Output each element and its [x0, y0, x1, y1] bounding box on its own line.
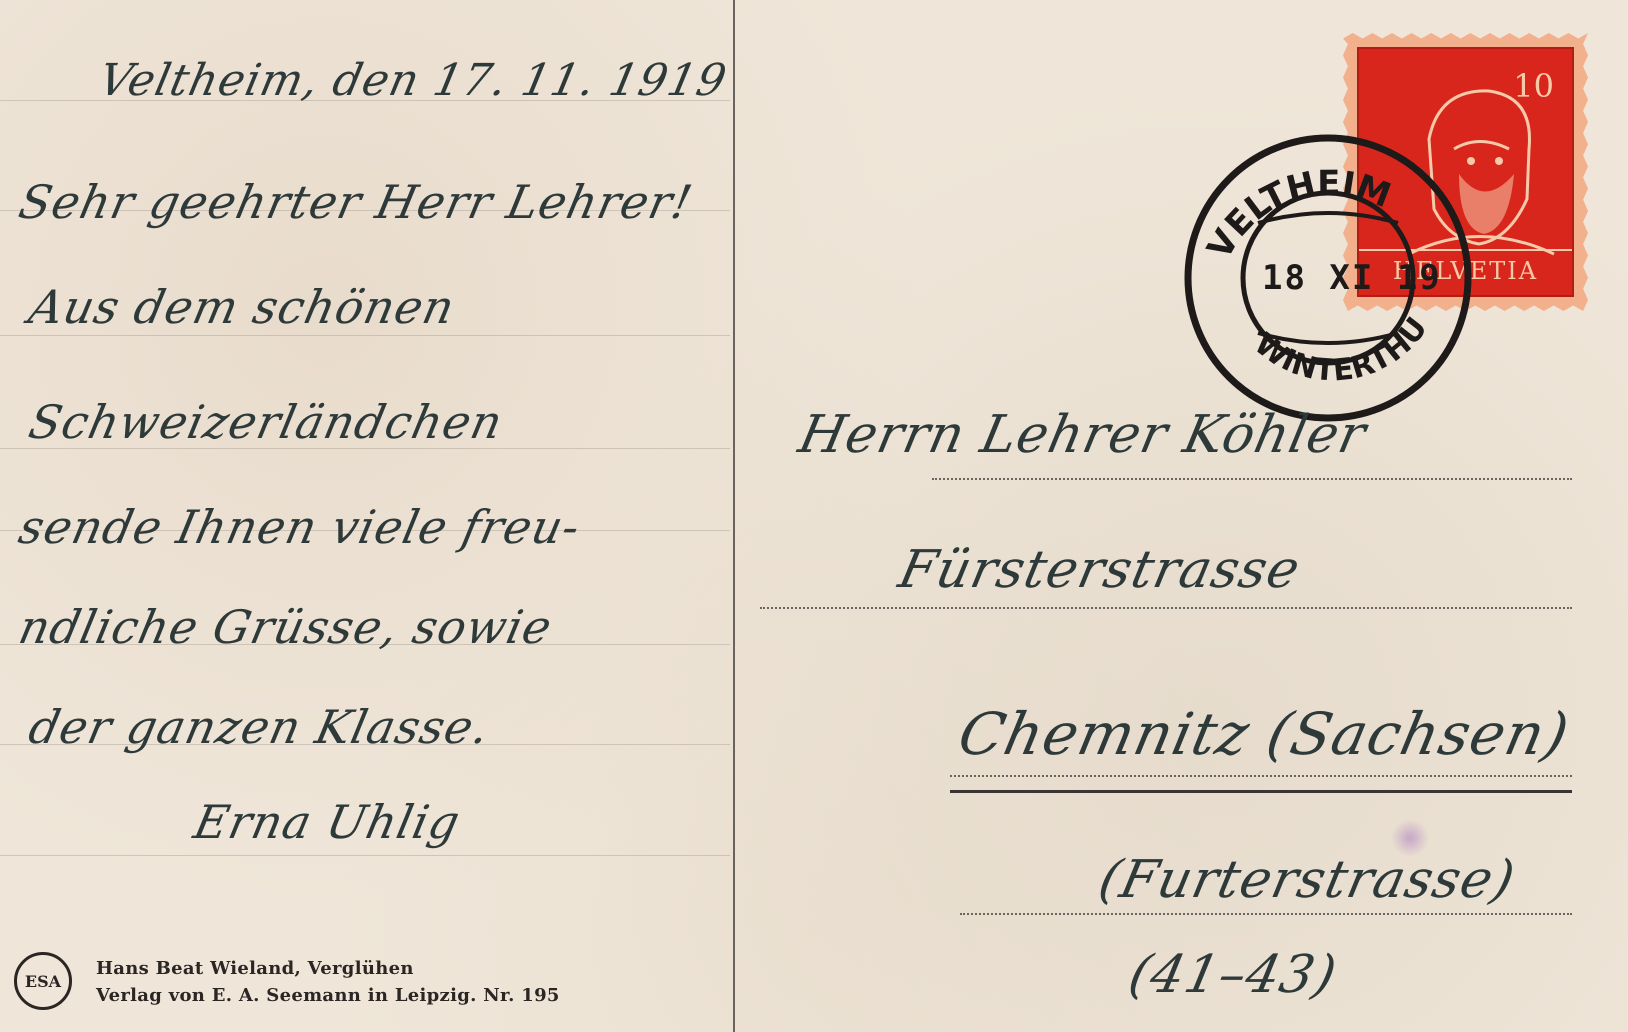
postcard-back: Veltheim, den 17. 11. 1919 Sehr geehrter…: [0, 0, 1628, 1032]
address-rule-solid: [950, 790, 1572, 793]
address-rule-2: [760, 607, 1572, 609]
signature: Erna Uhlig: [189, 795, 465, 849]
message-line-2: Aus dem schönen: [24, 280, 460, 334]
address-house-number: (41–43): [1124, 945, 1343, 1005]
ruled-line: [0, 335, 730, 336]
message-line-1: Sehr geehrter Herr Lehrer!: [14, 175, 697, 229]
artwork-credit: Hans Beat Wieland, Verglühen: [96, 958, 414, 979]
address-street-correction: (Furterstrasse): [1094, 850, 1521, 910]
address-rule-4: [960, 913, 1572, 915]
publisher-logo-icon: ESA: [14, 952, 72, 1010]
dateline: Veltheim, den 17. 11. 1919: [95, 55, 732, 106]
address-city: Chemnitz (Sachsen): [953, 700, 1576, 768]
message-line-6: der ganzen Klasse.: [24, 700, 495, 754]
ink-smudge: [1390, 820, 1430, 856]
message-line-5: ndliche Grüsse, sowie: [14, 600, 557, 654]
address-recipient: Herrn Lehrer Köhler: [794, 405, 1372, 465]
publisher-credit: Verlag von E. A. Seemann in Leipzig. Nr.…: [96, 985, 560, 1006]
message-line-3: Schweizerländchen: [24, 395, 508, 449]
ruled-line: [0, 855, 730, 856]
address-rule-3: [950, 775, 1572, 777]
message-line-4: sende Ihnen viele freu-: [14, 500, 585, 554]
postmark-date: 18 XI 19: [1262, 258, 1442, 298]
center-divider: [733, 0, 735, 1032]
address-rule-1: [932, 478, 1572, 480]
stamp-value: 10: [1513, 67, 1554, 105]
address-street: Fürsterstrasse: [894, 540, 1306, 600]
